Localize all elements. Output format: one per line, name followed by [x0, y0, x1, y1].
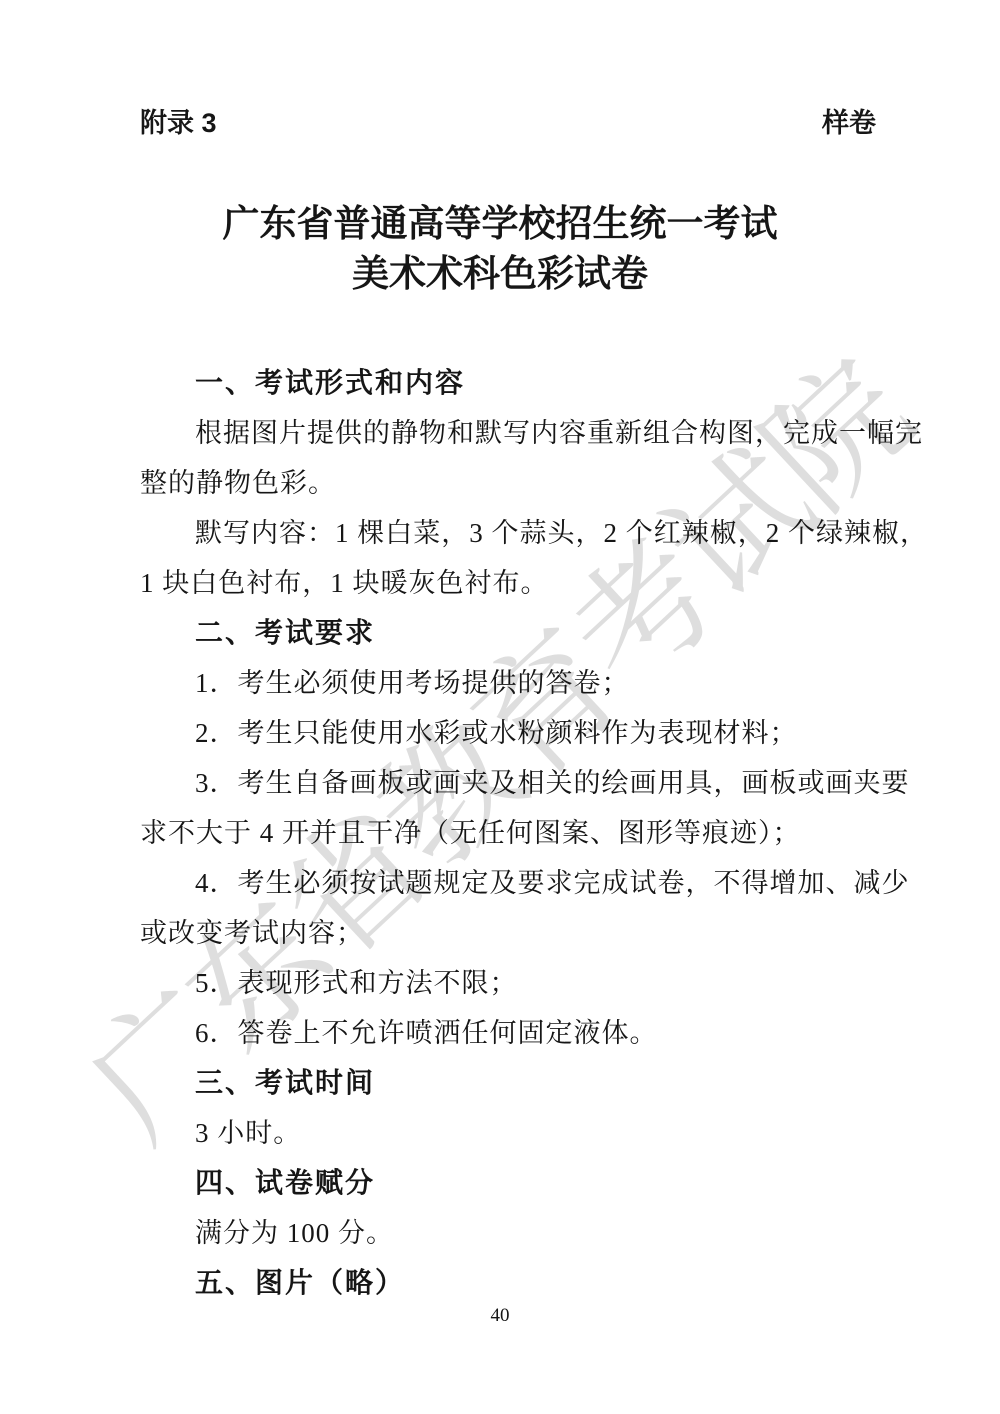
page-content: 附录 3 样卷 广东省普通高等学校招生统一考试 美术术科色彩试卷 一、考试形式和… [0, 0, 1000, 1308]
document-page: 广东省教育考试院 附录 3 样卷 广东省普通高等学校招生统一考试 美术术科色彩试… [0, 0, 1000, 1414]
document-title: 广东省普通高等学校招生统一考试 美术术科色彩试卷 [0, 200, 1000, 300]
title-line-2: 美术术科色彩试卷 [0, 250, 1000, 300]
section-heading: 五、图片（略） [140, 1258, 878, 1308]
body-text: 一、考试形式和内容根据图片提供的静物和默写内容重新组合构图，完成一幅完整的静物色… [140, 358, 878, 1308]
title-line-1: 广东省普通高等学校招生统一考试 [0, 200, 1000, 250]
text-line: 1 块白色衬布，1 块暖灰色衬布。 [140, 558, 878, 608]
sample-paper-label: 样卷 [822, 106, 876, 140]
text-line: 6．答卷上不允许喷洒任何固定液体。 [140, 1008, 878, 1058]
page-number: 40 [0, 1305, 1000, 1327]
section-heading: 三、考试时间 [140, 1058, 878, 1108]
text-line: 根据图片提供的静物和默写内容重新组合构图，完成一幅完 [140, 408, 878, 458]
text-line: 5．表现形式和方法不限； [140, 958, 878, 1008]
text-line: 整的静物色彩。 [140, 458, 878, 508]
text-line: 4．考生必须按试题规定及要求完成试卷，不得增加、减少 [140, 858, 878, 908]
text-line: 3 小时。 [140, 1108, 878, 1158]
section-heading: 四、试卷赋分 [140, 1158, 878, 1208]
text-line: 求不大于 4 开并且干净（无任何图案、图形等痕迹）； [140, 808, 878, 858]
appendix-label: 附录 3 [140, 106, 217, 140]
text-line: 1．考生必须使用考场提供的答卷； [140, 658, 878, 708]
page-header: 附录 3 样卷 [0, 0, 1000, 140]
text-line: 默写内容：1 棵白菜，3 个蒜头，2 个红辣椒，2 个绿辣椒， [140, 508, 878, 558]
text-line: 3．考生自备画板或画夹及相关的绘画用具，画板或画夹要 [140, 758, 878, 808]
text-line: 2．考生只能使用水彩或水粉颜料作为表现材料； [140, 708, 878, 758]
text-line: 或改变考试内容； [140, 908, 878, 958]
text-line: 满分为 100 分。 [140, 1208, 878, 1258]
section-heading: 一、考试形式和内容 [140, 358, 878, 408]
section-heading: 二、考试要求 [140, 608, 878, 658]
